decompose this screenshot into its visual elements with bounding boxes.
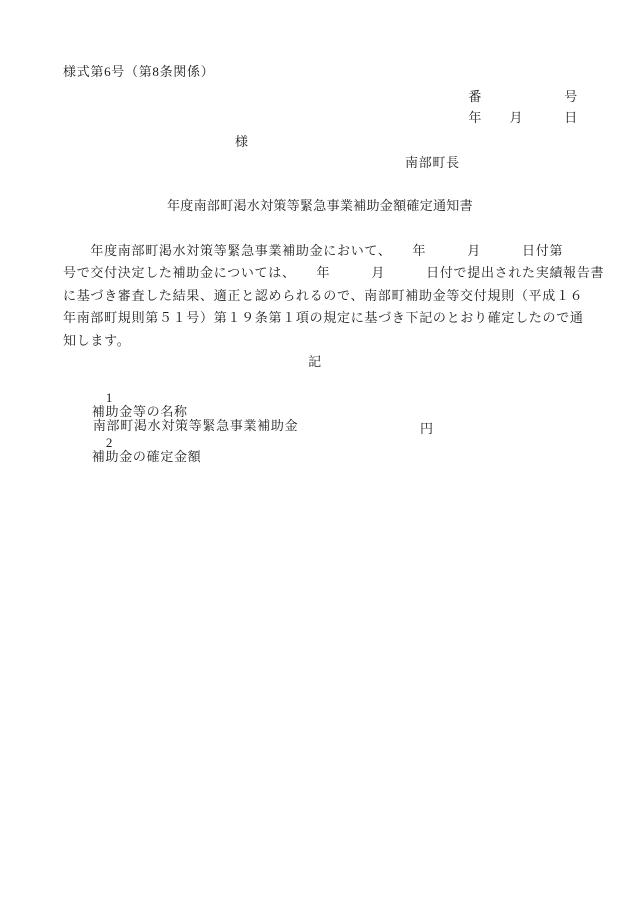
item-2-label: 補助金の確定金額	[92, 449, 202, 464]
item-2-unit-yen: 円	[420, 422, 434, 436]
ki-marker: 記	[0, 355, 630, 369]
body-line-5: 知します。	[63, 330, 608, 352]
doc-number-blank-line: 番 号	[468, 90, 578, 104]
item-1-label: 補助金等の名称	[92, 404, 188, 419]
addressee-honorific: 様	[235, 135, 249, 149]
document-title: 年度南部町渇水対策等緊急事業補助金額確定通知書	[167, 199, 473, 213]
item-2-number: 2	[106, 435, 113, 450]
sender-name: 南部町長	[405, 156, 460, 170]
date-blank-line: 年 月 日	[468, 111, 578, 125]
body-line-3: に基づき審査した結果、適正と認められるので、南部町補助金等交付規則（平成１６	[63, 285, 608, 307]
body-line-4: 年南部町規則第５１号）第１９条第１項の規定に基づき下記のとおり確定したので通	[63, 307, 608, 329]
item-2-confirmed-amount: 2 補助金の確定金額 円	[63, 422, 201, 492]
form-number: 様式第6号（第8条関係）	[63, 65, 214, 79]
item-1-number: 1	[106, 390, 113, 405]
body-paragraph: 年度南部町渇水対策等緊急事業補助金において、 年 月 日付第 号で交付決定した補…	[63, 240, 608, 352]
body-line-2: 号で交付決定した補助金については、 年 月 日付で提出された実績報告書	[63, 262, 608, 284]
document-page: 様式第6号（第8条関係） 番 号 年 月 日 様 南部町長 年度南部町渇水対策等…	[0, 0, 630, 903]
body-line-1: 年度南部町渇水対策等緊急事業補助金において、 年 月 日付第	[63, 240, 608, 262]
